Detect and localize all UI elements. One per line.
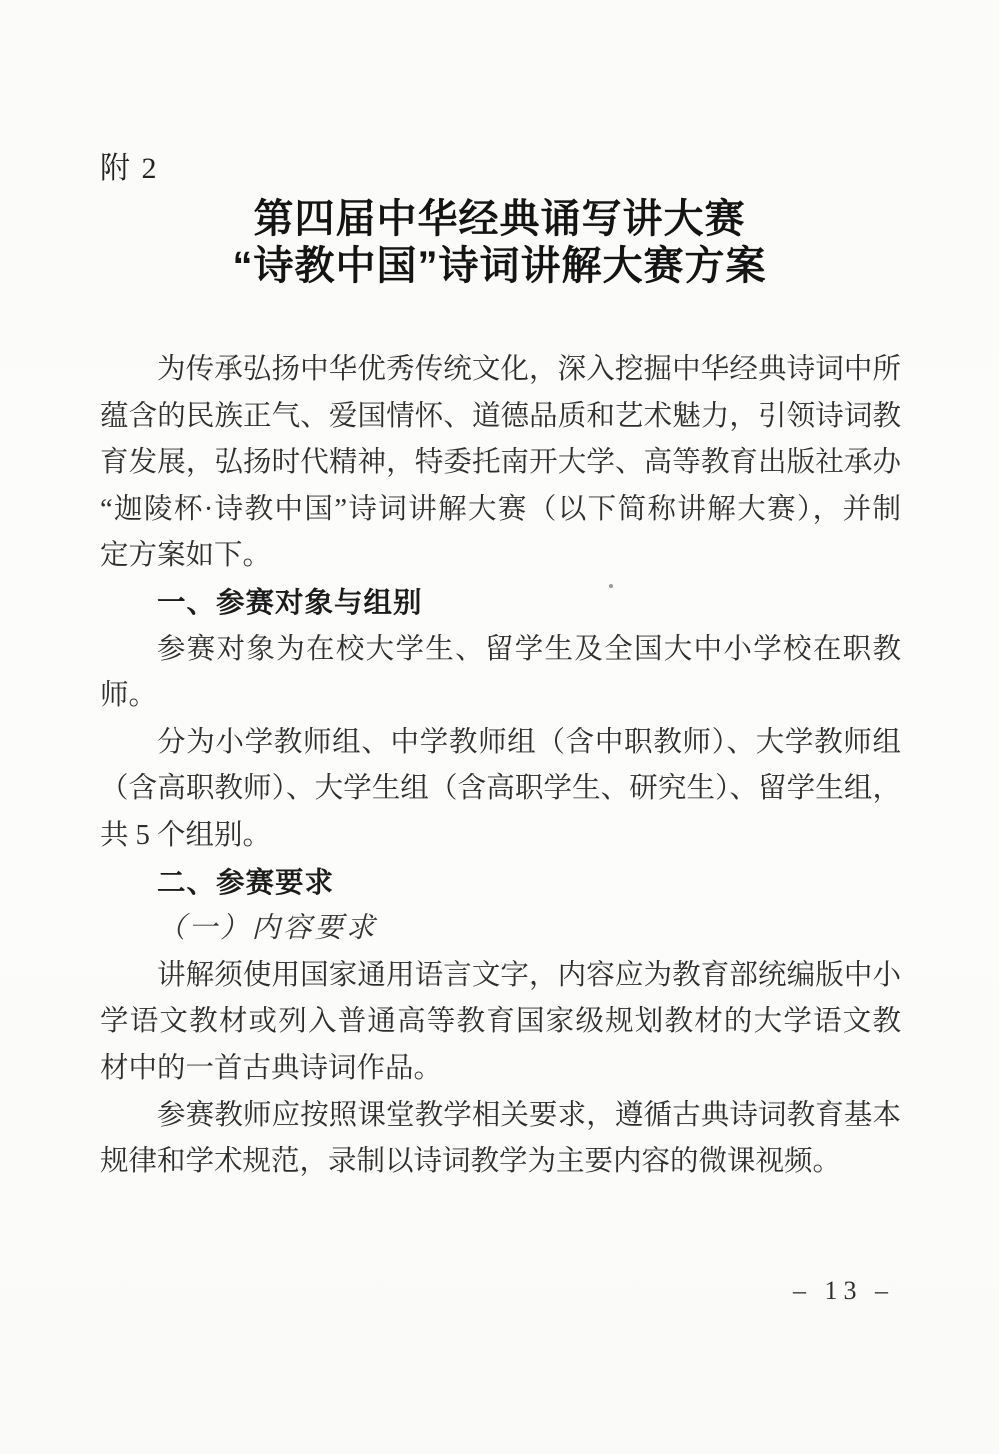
page-number: – 13 – [793, 1276, 894, 1306]
body-line: 定方案如下。 [100, 533, 901, 580]
subsection-heading-content-requirements: （一）内容要求 [100, 906, 901, 953]
document-title-line1: 第四届中华经典诵写讲大赛 [0, 196, 999, 243]
body-line: 分为小学教师组、中学教师组（含中职教师）、大学教师组 [100, 720, 901, 767]
body-line: 育发展，弘扬时代精神，特委托南开大学、高等教育出版社承办 [100, 440, 901, 487]
document-title-line2: “诗教中国”诗词讲解大赛方案 [0, 243, 999, 290]
scan-speck [609, 584, 613, 588]
section-heading-participants: 一、参赛对象与组别 [100, 580, 901, 627]
body-line: 为传承弘扬中华优秀传统文化，深入挖掘中华经典诗词中所 [100, 347, 901, 394]
body-line: 参赛教师应按照课堂教学相关要求，遵循古典诗词教育基本 [100, 1093, 901, 1140]
document-page: 附 2 第四届中华经典诵写讲大赛 “诗教中国”诗词讲解大赛方案 为传承弘扬中华优… [0, 0, 999, 1454]
document-title: 第四届中华经典诵写讲大赛 “诗教中国”诗词讲解大赛方案 [0, 196, 999, 290]
section-heading-requirements: 二、参赛要求 [100, 860, 901, 907]
body-line: （含高职教师）、大学生组（含高职学生、研究生）、留学生组， [100, 766, 901, 813]
body-line: 蕴含的民族正气、爱国情怀、道德品质和艺术魅力，引领诗词教 [100, 394, 901, 441]
body-line: 参赛对象为在校大学生、留学生及全国大中小学校在职教 [100, 627, 901, 674]
body-line: 师。 [100, 673, 901, 720]
body-line: 材中的一首古典诗词作品。 [100, 1046, 901, 1093]
body-line: 讲解须使用国家通用语言文字，内容应为教育部统编版中小 [100, 953, 901, 1000]
body-line: 学语文教材或列入普通高等教育国家级规划教材的大学语文教 [100, 999, 901, 1046]
document-body: 为传承弘扬中华优秀传统文化，深入挖掘中华经典诗词中所 蕴含的民族正气、爱国情怀、… [100, 347, 901, 1186]
body-line: 共 5 个组别。 [100, 813, 901, 860]
body-line: 规律和学术规范，录制以诗词教学为主要内容的微课视频。 [100, 1139, 901, 1186]
body-line: “迦陵杯·诗教中国”诗词讲解大赛（以下简称讲解大赛），并制 [100, 487, 901, 534]
attachment-label: 附 2 [100, 152, 159, 186]
